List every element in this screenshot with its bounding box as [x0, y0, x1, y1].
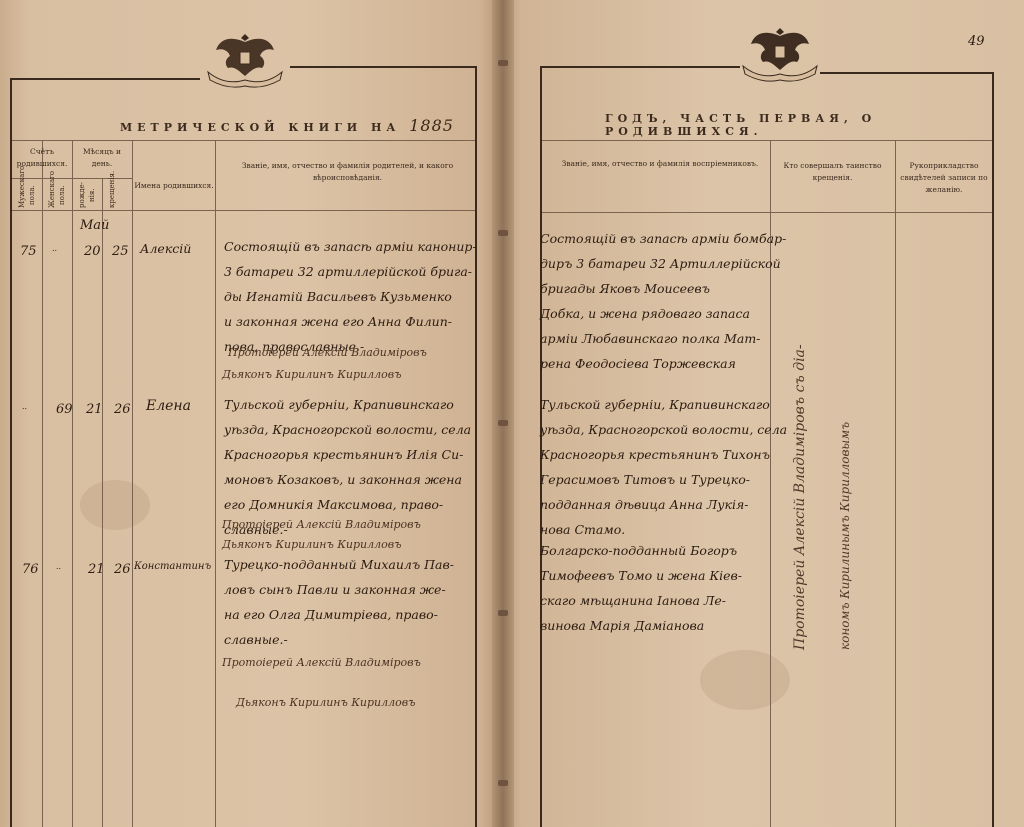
left-page-title: МЕТРИЧЕСКОЙ КНИГИ НА 1885	[120, 116, 454, 135]
column-rule	[72, 140, 73, 827]
male-count: ..	[22, 402, 27, 411]
header-rule	[12, 210, 475, 211]
text-line: и законная жена его Анна Филип-	[224, 309, 477, 334]
binding-stitch	[498, 60, 508, 66]
frame-rule	[475, 66, 477, 827]
page-number: 49	[968, 34, 985, 49]
birth-day: 21	[86, 402, 103, 417]
binding-stitch	[498, 420, 508, 426]
male-count: 75	[20, 244, 37, 259]
header-male: Мужескаго пола.	[18, 182, 40, 208]
column-rule	[215, 140, 216, 827]
header-rule	[12, 140, 475, 141]
child-name: Константинъ	[134, 554, 211, 579]
text-line: Красногорья крестьянинъ Илія Си-	[224, 442, 471, 467]
right-page-title: ГОДЪ, ЧАСТЬ ПЕРВАЯ, О РОДИВШИХСЯ.	[605, 112, 1024, 138]
imperial-eagle-crest-icon	[735, 22, 825, 82]
clerk-signature: Дьяконъ Кирилинъ Кирилловъ	[236, 690, 415, 715]
text-line: бригады Яковъ Моисеевъ	[540, 276, 786, 301]
parents-text: Турецко-подданный Михаилъ Пав- ловъ сынъ…	[224, 552, 454, 652]
female-count: ..	[56, 562, 61, 571]
header-godparents: Званіе, имя, отчество и фамилія воспріем…	[560, 158, 760, 170]
column-rule	[132, 140, 133, 827]
paper-stain	[700, 650, 790, 710]
performed-by-line-2: кономъ Кирилинымъ Кирилловымъ	[838, 230, 852, 650]
paper-stain	[80, 480, 150, 530]
text-line: Состоящій въ запасѣ арміи канонир-	[224, 234, 477, 259]
column-rule	[895, 140, 896, 827]
frame-rule	[540, 66, 740, 68]
text-line: моновъ Козаковъ, и законная жена	[224, 467, 471, 492]
text-line: Тульской губерніи, Крапивинскаго	[540, 392, 787, 417]
header-child-name: Имена родившихся.	[134, 180, 214, 192]
header-performed-by: Кто совершалъ таинство крещенія.	[775, 160, 890, 184]
text-line: уѣзда, Красногорской волости, села	[224, 417, 471, 442]
text-line: подданная дѣвица Анна Лукія-	[540, 492, 787, 517]
male-count: 76	[22, 562, 39, 577]
binding-stitch	[498, 610, 508, 616]
text-line: Герасимовъ Титовъ и Турецко-	[540, 467, 787, 492]
female-count: 69	[56, 402, 73, 417]
child-name: Елена	[146, 394, 191, 419]
header-signatures: Рукоприкладство свидѣтелей записи по жел…	[898, 160, 990, 196]
text-line: славные.-	[224, 627, 454, 652]
header-born: рожде-нія.	[78, 182, 100, 208]
column-rule	[42, 140, 43, 827]
text-line: диръ 3 батареи 32 Артиллерійской	[540, 251, 786, 276]
header-month-day: Мѣсяцъ и день.	[72, 146, 132, 170]
binding-stitch	[498, 780, 508, 786]
text-line: Болгарско-подданный Богоръ	[540, 538, 742, 563]
header-rule	[542, 212, 992, 213]
frame-rule	[992, 72, 994, 827]
text-line: ды Игнатій Васильевъ Кузьменко	[224, 284, 477, 309]
female-count: ..	[52, 244, 57, 253]
text-line: ловъ сынъ Павли и законная же-	[224, 577, 454, 602]
header-rule	[542, 140, 992, 141]
header-female: Женскаго пола.	[48, 182, 70, 208]
baptism-day: 26	[114, 402, 131, 417]
header-baptized: крещенія.	[108, 182, 130, 208]
birth-day: 20	[84, 244, 101, 259]
binding-stitch	[498, 230, 508, 236]
text-line: Красногорья крестьянинъ Тихонъ	[540, 442, 787, 467]
month-label: Май	[80, 218, 109, 233]
baptism-day: 25	[112, 244, 129, 259]
frame-rule	[290, 66, 476, 68]
book-gutter	[492, 0, 514, 827]
frame-rule	[10, 78, 12, 827]
priest-signature: Протоіерей Алексій Владиміровъ	[222, 650, 421, 675]
imperial-eagle-crest-icon	[200, 28, 290, 88]
text-line: на его Олга Димитріева, право-	[224, 602, 454, 627]
child-name: Алексій	[140, 236, 191, 261]
godparents-text-1: Состоящій въ запасѣ арміи бомбар- диръ 3…	[540, 226, 786, 376]
godparents-text-2: Тульской губерніи, Крапивинскаго уѣзда, …	[540, 392, 787, 542]
text-line: Добка, и жена рядоваго запаса	[540, 301, 786, 326]
baptism-day: 26	[114, 562, 131, 577]
text-line: винова Марія Даміанова	[540, 613, 742, 638]
birth-day: 21	[88, 562, 105, 577]
register-year: 1885	[409, 116, 454, 135]
header-parents: Званіе, имя, отчество и фамилія родителе…	[225, 160, 470, 184]
text-line: Тимофеевъ Томо и жена Кіев-	[540, 563, 742, 588]
text-line: уѣзда, Красногорской волости, села	[540, 417, 787, 442]
column-rule	[102, 178, 103, 827]
text-line: Состоящій въ запасѣ арміи бомбар-	[540, 226, 786, 251]
text-line: Тульской губерніи, Крапивинскаго	[224, 392, 471, 417]
performed-by-line-1: Протоіерей Алексій Владиміровъ съ діа-	[792, 230, 808, 650]
text-line: скаго мѣщанина Іанова Ле-	[540, 588, 742, 613]
text-line: Турецко-подданный Михаилъ Пав-	[224, 552, 454, 577]
text-line: арміи Любавинскаго полка Мат-	[540, 326, 786, 351]
text-line: рена Феодосіева Торжевская	[540, 351, 786, 376]
text-line: 3 батареи 32 артиллерійской брига-	[224, 259, 477, 284]
frame-rule	[10, 78, 200, 80]
godparents-text-3: Болгарско-подданный Богоръ Тимофеевъ Том…	[540, 538, 742, 638]
clerk-signature: Дьяконъ Кирилинъ Кирилловъ	[222, 362, 401, 387]
frame-rule	[820, 72, 992, 74]
